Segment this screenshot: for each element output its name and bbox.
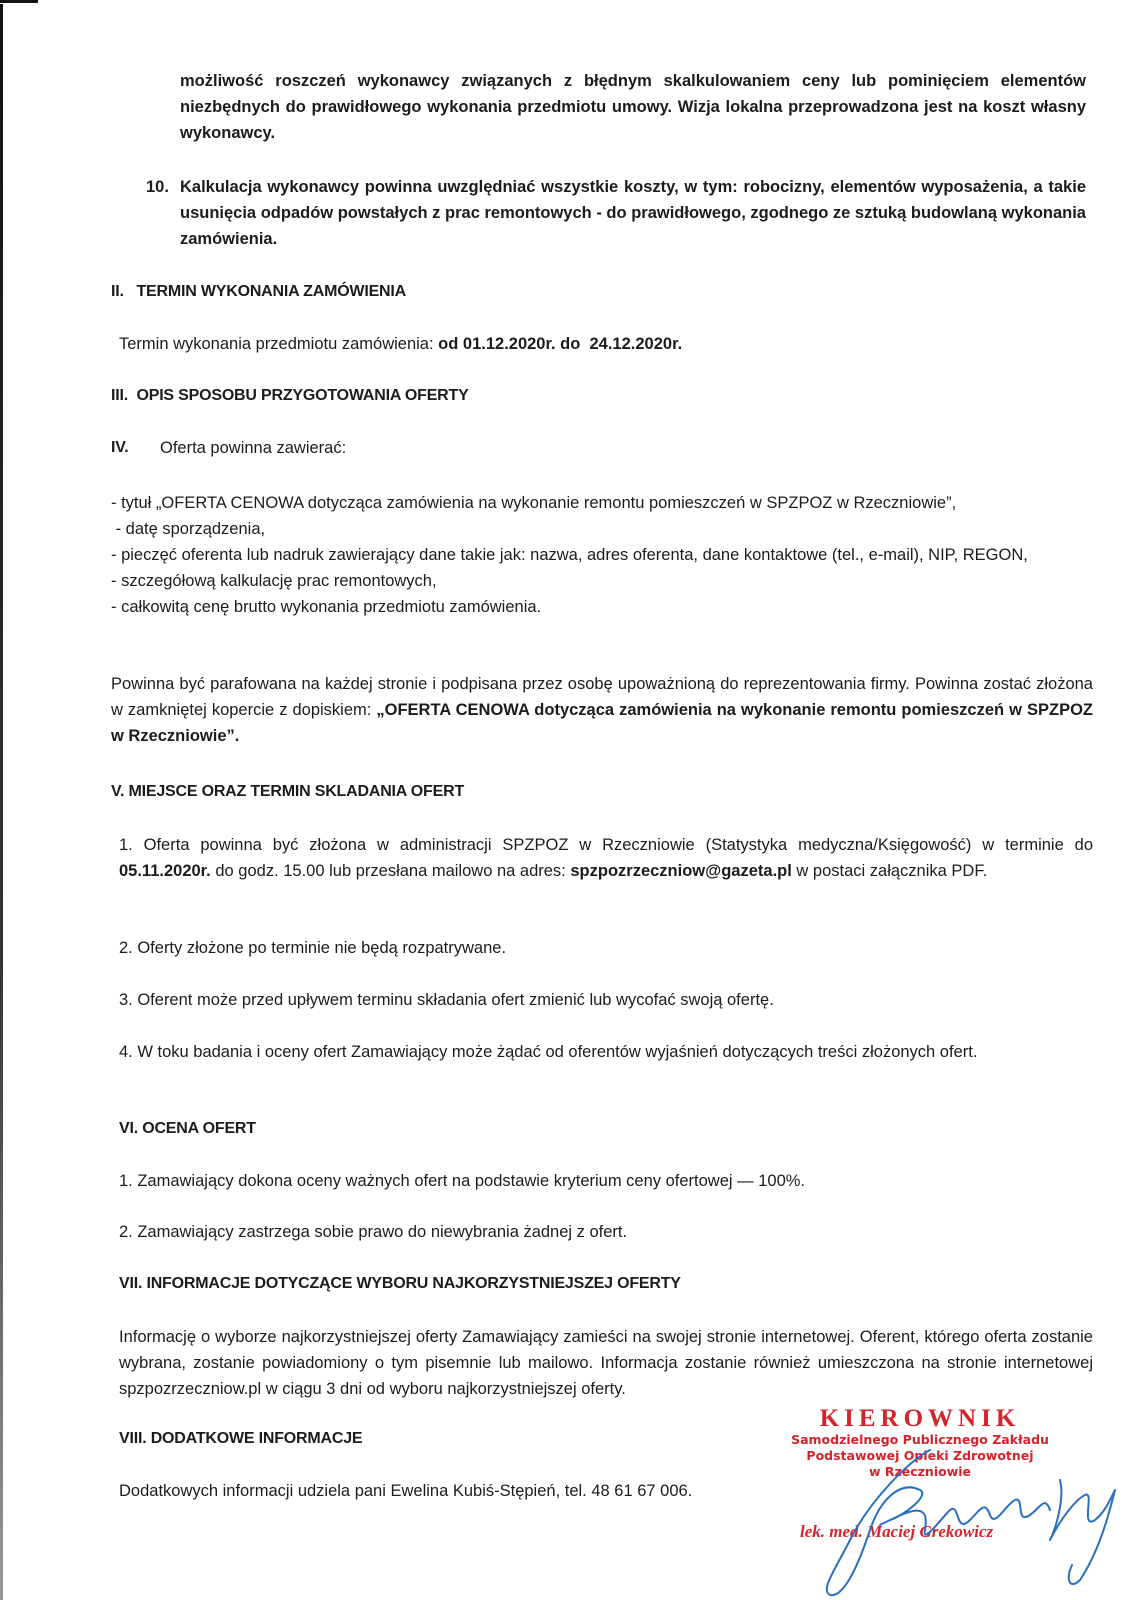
item-10-number: 10. (146, 174, 169, 200)
section-iv-number: IV. (111, 435, 129, 461)
section-vii-paragraph: Informację o wyborze najkorzystniejszej … (119, 1324, 1093, 1402)
requirement-date: - datę sporządzenia, (111, 516, 1093, 542)
section-vi-item-2: 2. Zamawiający zastrzega sobie prawo do … (119, 1219, 627, 1245)
item-10-text: Kalkulacja wykonawcy powinna uwzględniać… (180, 174, 1086, 252)
section-v-item-3: 3. Oferent może przed upływem terminu sk… (119, 987, 774, 1013)
section-v-item-4: 4. W toku badania i oceny ofert Zamawiaj… (119, 1039, 1093, 1065)
offer-requirements-list: - tytuł „OFERTA CENOWA dotycząca zamówie… (111, 490, 1093, 620)
item-9-continuation: możliwość roszczeń wykonawcy związanych … (180, 68, 1086, 146)
scan-edge-left (0, 4, 3, 1600)
term-label: Termin wykonania przedmiotu zamówienia: (119, 335, 434, 353)
section-vi-heading: VI. OCENA OFERT (119, 1116, 256, 1142)
section-viii-heading: VIII. DODATKOWE INFORMACJE (119, 1426, 362, 1452)
section-iv-paragraph: Powinna być parafowana na każdej stronie… (111, 671, 1093, 749)
section-v-heading: V. MIEJSCE ORAZ TERMIN SKLADANIA OFERT (111, 779, 464, 805)
section-iv-heading: Oferta powinna zawierać: (160, 435, 346, 461)
section-iii-heading: III. OPIS SPOSOBU PRZYGOTOWANIA OFERTY (111, 383, 469, 409)
section-v-item-2: 2. Oferty złożone po terminie nie będą r… (119, 935, 506, 961)
section-v-item-1: 1. Oferta powinna być złożona w administ… (119, 832, 1093, 884)
section-viii-text: Dodatkowych informacji udziela pani Ewel… (119, 1478, 692, 1504)
section-ii-text: Termin wykonania przedmiotu zamówienia: … (119, 331, 682, 357)
section-ii-heading: II. TERMIN WYKONANIA ZAMÓWIENIA (111, 279, 406, 305)
section-vii-heading: VII. INFORMACJE DOTYCZĄCE WYBORU NAJKORZ… (119, 1271, 681, 1297)
requirement-price: - całkowitą cenę brutto wykonania przedm… (111, 594, 1093, 620)
stamp-title: KIEROWNIK (790, 1406, 1050, 1432)
requirement-calculation: - szczegółową kalkulację prac remontowyc… (111, 568, 1093, 594)
section-vi-item-1: 1. Zamawiający dokona oceny ważnych ofer… (119, 1168, 805, 1194)
requirement-stamp: - pieczęć oferenta lub nadruk zawierając… (111, 542, 1093, 568)
requirement-title: - tytuł „OFERTA CENOWA dotycząca zamówie… (111, 490, 1093, 516)
scan-edge-top (0, 0, 38, 3)
term-dates: od 01.12.2020r. do 24.12.2020r. (438, 335, 682, 353)
submission-time: do godz. 15.00 lub przesłana mailowo na … (215, 862, 565, 880)
submission-deadline: 05.11.2020r. (119, 862, 211, 880)
submission-email[interactable]: spzpozrzeczniow@gazeta.pl (570, 862, 791, 880)
signature-icon (810, 1440, 1120, 1600)
submission-place: 1. Oferta powinna być złożona w administ… (119, 836, 1093, 854)
submission-format: w postaci załącznika PDF. (796, 862, 987, 880)
